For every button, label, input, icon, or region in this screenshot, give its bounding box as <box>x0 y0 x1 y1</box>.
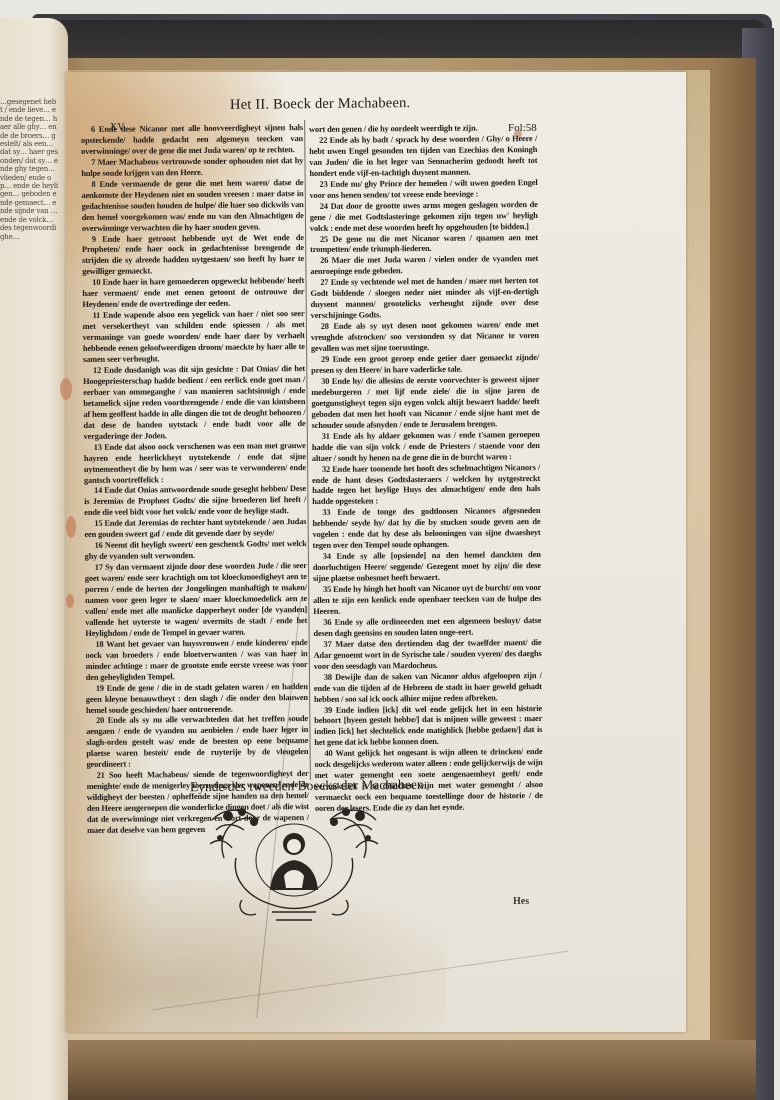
verse: 12 Ende dusdanigh was dit sijn gesichte … <box>83 364 306 443</box>
verse: 23 Ende nu/ ghy Prince der hemelen / wil… <box>309 178 537 202</box>
verse: 14 Ende dat Onias antwoordende soude ges… <box>84 484 306 519</box>
verse: 29 Ende een groot geroep ende getier dae… <box>311 353 539 377</box>
verse: 22 Ende als hy badt / sprack hy dese woo… <box>309 134 537 180</box>
verse: 34 Ende sy alle [opsiende] na den hemel … <box>313 550 541 585</box>
verse: 32 Ende haer toonende het hooft des sche… <box>312 463 540 509</box>
verse: 28 Ende als sy uyt desen noot gekomen wa… <box>311 320 539 355</box>
verse: 19 Ende de gene / die in de stadt gelate… <box>86 682 308 717</box>
stain-spot <box>66 516 76 538</box>
colophon: Eynde des tweeden Boecks der Machabeen. <box>190 777 427 795</box>
pastedown-bottom-stain <box>44 1040 756 1100</box>
verse: 10 Ende haer in hare gemoederen opgeweck… <box>82 276 304 311</box>
woodcut-vignette-icon <box>206 800 382 928</box>
verse: 11 Ende wapende alsoo een yegelick van h… <box>83 309 305 366</box>
verse: 30 Ende hy/ die allesins de eerste voorv… <box>311 375 539 432</box>
verse: 20 Ende als sy nu alle verwachteden dat … <box>86 714 308 771</box>
verse: 8 Ende vermaende de gene die met hem war… <box>81 178 303 235</box>
running-head: Het II. Boeck der Machabeen. <box>230 95 410 114</box>
verse: 38 Dewijle dan de saken van Nicanor aldu… <box>314 671 542 706</box>
verse: 13 Ende dat alsoo oock verschenen was ee… <box>84 441 306 487</box>
verse: 31 Ende als hy aldaer gekomen was / ende… <box>312 430 540 465</box>
text-column-right: wort den genen / die hy oordeelt weerdig… <box>309 123 543 815</box>
verse: 26 Maer die met Juda waren / vielen onde… <box>310 254 538 278</box>
verse: 36 Ende sy alle ordineerden met een alge… <box>313 616 541 640</box>
verse: 6 Ende dese Nicanor met alle hoovveerdig… <box>81 123 303 158</box>
verse: 27 Ende sy vechtende wel met de handen /… <box>310 276 538 322</box>
catchword: Hes <box>513 896 529 907</box>
verse: 39 Ende indien [ick] dit wel ende gelijc… <box>314 704 542 750</box>
verse: 33 Ende de tonge des godtloosen Nicanors… <box>312 506 540 552</box>
left-facing-page: …gesegenet hebt / ende lieve… ende de te… <box>0 18 68 1100</box>
verse: 24 Dat door de grootte uwes arms mogen g… <box>310 200 538 235</box>
verse: 15 Ende dat Jeremias de rechter hant uyt… <box>84 517 306 541</box>
verse: 9 Ende haer getroost hebbende uyt de Wet… <box>82 233 304 279</box>
verse: 16 Neemt dit heyligh sweert/ een geschen… <box>85 539 307 563</box>
stain-spot <box>66 594 74 608</box>
verse: 35 Ende hy hingh het hooft van Nicanor u… <box>313 583 541 618</box>
verse: 37 Maer datse den dertienden dag der twa… <box>313 638 541 673</box>
verse: 7 Maer Machabeus vertrouwde sonder ophou… <box>81 156 303 180</box>
verse: 25 De gene nu die met Nicanor waren / qu… <box>310 233 538 257</box>
verse: 18 Want het gevaer van huysvrouwen / end… <box>85 638 307 684</box>
left-page-text-fragments: …gesegenet hebt / ende lieve… ende de te… <box>0 98 58 241</box>
text-column-left: 6 Ende dese Nicanor met alle hoovveerdig… <box>81 123 309 837</box>
stain-spot <box>60 378 72 400</box>
verse: 17 Sy dan vermaent zijnde door dese woor… <box>85 561 308 640</box>
